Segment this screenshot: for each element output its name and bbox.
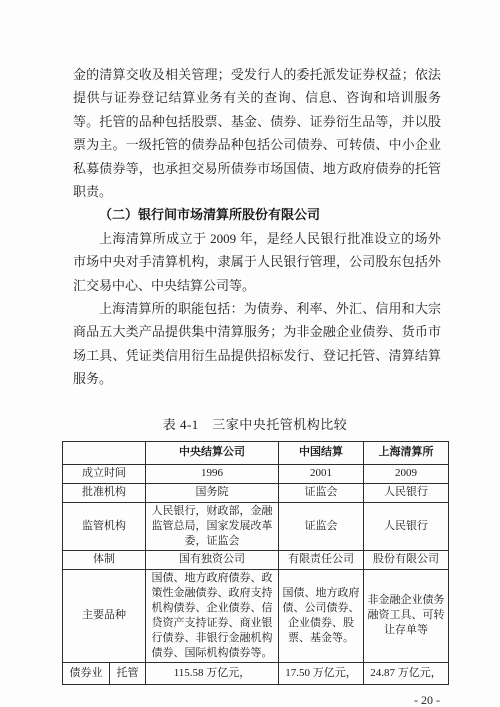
table-header-cell: 中国结算: [279, 441, 364, 464]
table-cell: 2009: [364, 464, 449, 483]
table-cell: 人民银行: [364, 502, 449, 550]
table-row: 成立时间 1996 2001 2009: [63, 464, 449, 483]
table-cell: 1996: [146, 464, 279, 483]
table-row: 体制 国有独资公司 有限责任公司 股份有限公司: [63, 550, 449, 569]
table-row: 债券业 托管 115.58 万亿元， 17.50 万亿元， 24.87 万亿元，: [63, 662, 449, 684]
table-cell: 有限责任公司: [279, 550, 364, 569]
table-cell: 2001: [279, 464, 364, 483]
table-header-cell: 中央结算公司: [146, 441, 279, 464]
section-heading: （二）银行间市场清算所股份有限公司: [73, 203, 441, 226]
row-label: 监管机构: [63, 502, 146, 550]
page-number: - 20 -: [0, 693, 440, 707]
paragraph: 上海清算所的职能包括：为债券、利率、外汇、信用和大宗商品五大类产品提供集中清算服…: [73, 297, 441, 391]
row-sublabel: 托管: [110, 662, 146, 684]
table-header-cell: [63, 441, 146, 464]
table-cell: 非金融企业债务融资工具、可转让存单等: [364, 569, 449, 662]
book-page: 金的清算交收及相关管理；受发行人的委托派发证券权益；依法提供与证券登记结算业务有…: [0, 0, 500, 707]
table-area: 表 4-1 三家中央托管机构比较 中央结算公司 中国结算 上海清算所 成: [62, 417, 448, 685]
table-cell: 17.50 万亿元，: [279, 662, 364, 684]
table-caption: 表 4-1 三家中央托管机构比较: [62, 417, 448, 433]
table-cell: 24.87 万亿元，: [364, 662, 449, 684]
paragraph-continuation: 金的清算交收及相关管理；受发行人的委托派发证券权益；依法提供与证券登记结算业务有…: [73, 63, 441, 203]
table-header-cell: 上海清算所: [364, 441, 449, 464]
table-cell: 国债、地方政府债、公司债券、企业债券、股票、基金等。: [279, 569, 364, 662]
comparison-table: 中央结算公司 中国结算 上海清算所 成立时间 1996 2001 2009 批准…: [62, 441, 449, 685]
table-cell: 证监会: [279, 502, 364, 550]
paragraph: 上海清算所成立于 2009 年，是经人民银行批准设立的场外市场中央对手清算机构，…: [73, 227, 441, 297]
table-cell: 人民银行: [364, 483, 449, 502]
table-cell: 人民银行，财政部，金融监管总局，国家发展改革委，证监会: [146, 502, 279, 550]
body-text: 金的清算交收及相关管理；受发行人的委托派发证券权益；依法提供与证券登记结算业务有…: [73, 63, 441, 391]
table-cell: 115.58 万亿元，: [146, 662, 279, 684]
table-row: 主要品种 国债、地方政府债券、政策性金融债券、政府支持机构债券、企业债券、信贷资…: [63, 569, 449, 662]
table-row: 监管机构 人民银行，财政部，金融监管总局，国家发展改革委，证监会 证监会 人民银…: [63, 502, 449, 550]
table-cell: 国有独资公司: [146, 550, 279, 569]
table-cell: 国债、地方政府债券、政策性金融债券、政府支持机构债券、企业债券、信贷资产支持证券…: [146, 569, 279, 662]
row-label: 成立时间: [63, 464, 146, 483]
table-row: 批准机构 国务院 证监会 人民银行: [63, 483, 449, 502]
row-label: 批准机构: [63, 483, 146, 502]
table-cell: 股份有限公司: [364, 550, 449, 569]
table-cell: 国务院: [146, 483, 279, 502]
row-label: 体制: [63, 550, 146, 569]
table-header-row: 中央结算公司 中国结算 上海清算所: [63, 441, 449, 464]
row-label: 主要品种: [63, 569, 146, 662]
row-label: 债券业: [63, 662, 110, 684]
table-cell: 证监会: [279, 483, 364, 502]
